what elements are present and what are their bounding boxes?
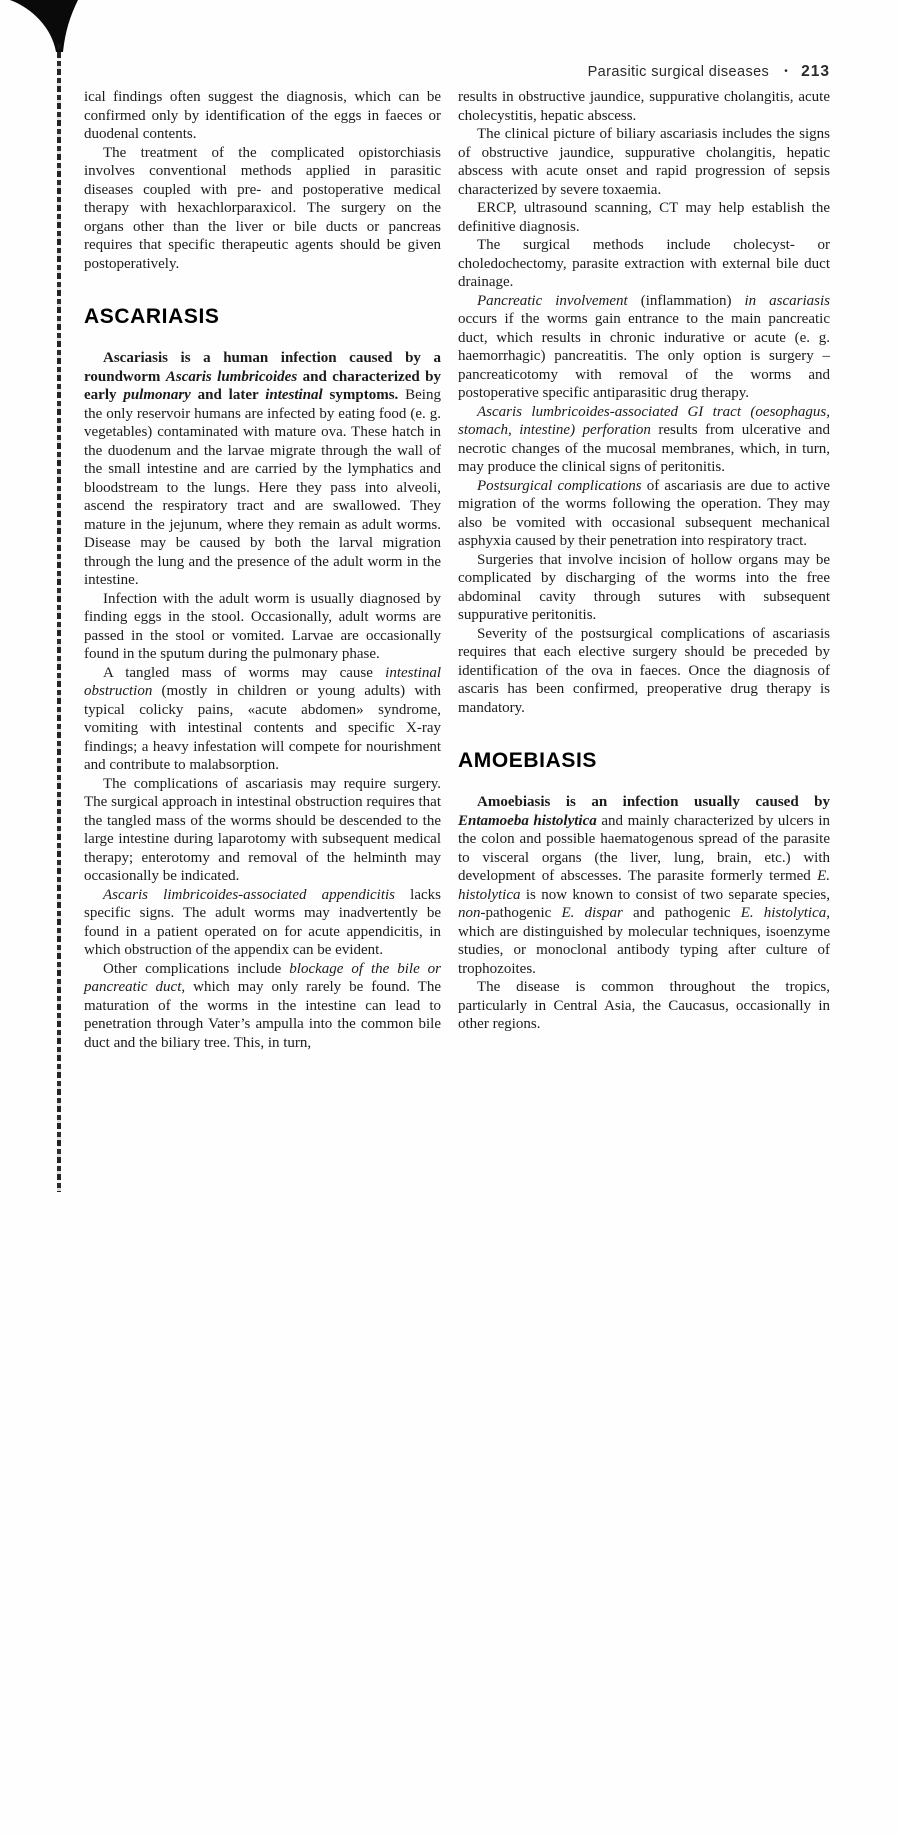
text-run: Infection with the adult worm is usually… <box>84 591 441 663</box>
text-run: is now known to consist of two separate … <box>521 887 831 903</box>
paragraph: results in obstructive jaundice, suppura… <box>458 88 830 125</box>
section-heading: ASCARIASIS <box>84 306 441 328</box>
text-run: The treatment of the complicated opistor… <box>84 145 441 272</box>
text-run: Other complications include <box>103 961 289 977</box>
text-run: A tangled mass of worms may cause <box>103 665 385 681</box>
running-head-title: Parasitic surgical diseases <box>588 64 770 80</box>
text-run: intestinal <box>265 387 323 403</box>
binding-shadow-artifact <box>57 44 61 1192</box>
paragraph: The disease is common throughout the tro… <box>458 978 830 1034</box>
text-run: Being the only reservoir humans are infe… <box>84 387 441 588</box>
text-run: pulmonary <box>123 387 191 403</box>
text-run: The disease is common throughout the tro… <box>458 979 830 1032</box>
text-run: E. dispar <box>561 905 622 921</box>
paragraph: A tangled mass of worms may cause intest… <box>84 664 441 775</box>
paragraph: ERCP, ultrasound scanning, CT may help e… <box>458 199 830 236</box>
text-column-right: results in obstructive jaundice, suppura… <box>458 88 830 1034</box>
paragraph: The surgical methods include cholecyst- … <box>458 236 830 292</box>
paragraph: ical findings often suggest the diagnosi… <box>84 88 441 144</box>
scanned-book-page: Parasitic surgical diseases•213 ical fin… <box>0 0 899 1836</box>
text-run: The surgical methods include cholecyst- … <box>458 237 830 290</box>
text-run: E. histolytica <box>741 905 827 921</box>
text-run: symptoms. <box>323 387 399 403</box>
text-run: -pathogenic <box>481 905 562 921</box>
text-run: Severity of the postsurgical complicatio… <box>458 626 830 716</box>
text-run: Amoebiasis is an infection usually cause… <box>477 794 830 810</box>
text-run: Entamoeba histolytica <box>458 813 597 829</box>
paragraph: The treatment of the complicated opistor… <box>84 144 441 274</box>
text-column-left: ical findings often suggest the diagnosi… <box>84 88 441 1052</box>
text-run: Postsurgical complications <box>477 478 642 494</box>
corner-fold-shape <box>0 0 100 60</box>
section-heading: AMOEBIASIS <box>458 750 830 772</box>
paragraph: Ascaris limbricoides-associated appendic… <box>84 886 441 960</box>
text-run: (inflammation) <box>628 293 745 309</box>
text-run: The complications of ascariasis may requ… <box>84 776 441 885</box>
running-head: Parasitic surgical diseases•213 <box>458 63 830 81</box>
text-run: occurs if the worms gain entrance to the… <box>458 311 830 401</box>
separator-dot: • <box>784 66 788 77</box>
paragraph: Surgeries that involve incision of hollo… <box>458 551 830 625</box>
text-run: non <box>458 905 481 921</box>
paragraph: Other complications include blockage of … <box>84 960 441 1053</box>
paragraph: The complications of ascariasis may requ… <box>84 775 441 886</box>
page-corner-fold-artifact <box>0 0 100 60</box>
paragraph: Ascariasis is a human infection caused b… <box>84 349 441 590</box>
paragraph: Amoebiasis is an infection usually cause… <box>458 793 830 978</box>
paragraph: The clinical picture of biliary ascarias… <box>458 125 830 199</box>
text-run: Ascaris lumbricoides <box>166 369 297 385</box>
text-run: ical findings often suggest the diagnosi… <box>84 89 441 142</box>
paragraph: Pancreatic involvement (inflammation) in… <box>458 292 830 403</box>
text-run: The clinical picture of biliary ascarias… <box>458 126 830 198</box>
page-number: 213 <box>801 63 830 80</box>
text-run: ERCP, ultrasound scanning, CT may help e… <box>458 200 830 235</box>
text-run: Ascaris limbricoides-associated appendic… <box>103 887 395 903</box>
text-run: Pancreatic involvement <box>477 293 628 309</box>
paragraph: Ascaris lumbricoides-associated GI tract… <box>458 403 830 477</box>
text-run: results in obstructive jaundice, suppura… <box>458 89 830 124</box>
text-run: and later <box>191 387 265 403</box>
text-run: in ascariasis <box>745 293 831 309</box>
paragraph: Infection with the adult worm is usually… <box>84 590 441 664</box>
text-run: and pathogenic <box>623 905 741 921</box>
paragraph: Severity of the postsurgical complicatio… <box>458 625 830 718</box>
text-run: Surgeries that involve incision of hollo… <box>458 552 830 624</box>
paragraph: Postsurgical complications of ascariasis… <box>458 477 830 551</box>
